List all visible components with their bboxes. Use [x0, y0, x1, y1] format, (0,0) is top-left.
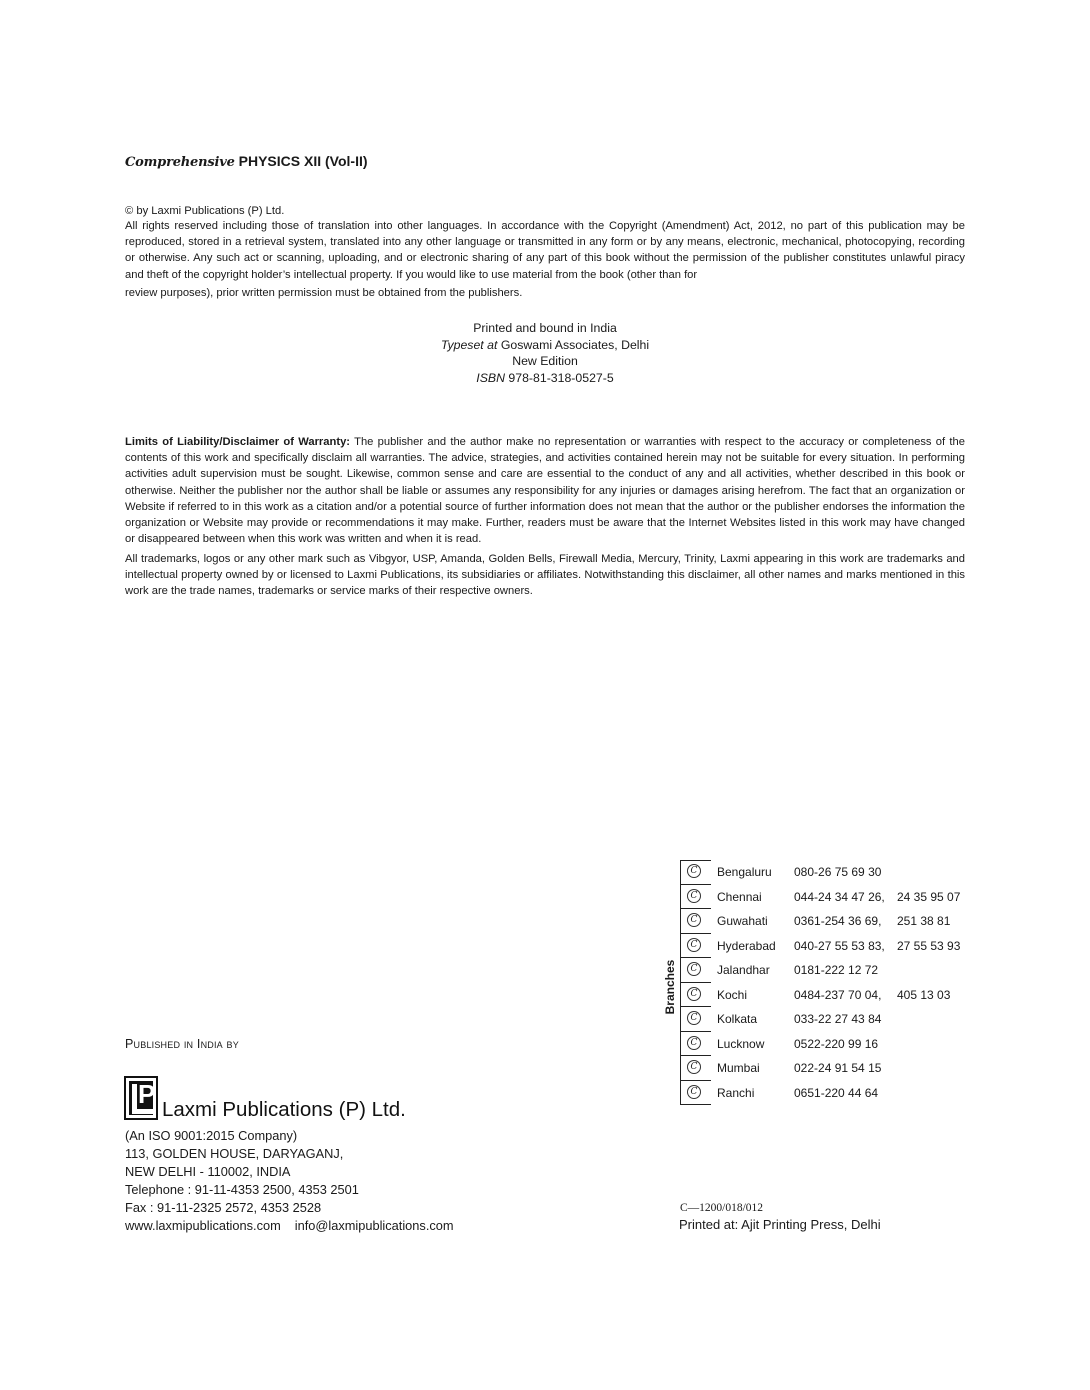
branch-phone-primary: 080-26 75 69 30 [794, 865, 881, 879]
publisher-logo-block: P Laxmi Publications (P) Ltd. [124, 1076, 406, 1120]
branch-city: Kochi [717, 988, 747, 1002]
branch-phone-secondary: 251 38 81 [897, 914, 950, 928]
disclaimer-paragraph: Limits of Liability/Disclaimer of Warran… [125, 434, 965, 547]
phone-icon: C [687, 913, 701, 927]
branch-phone-primary: 0484-237 70 04, [794, 988, 881, 1002]
branch-phone-secondary: 405 13 03 [897, 988, 950, 1002]
website-link[interactable]: www.laxmipublications.com [125, 1218, 281, 1233]
branch-city: Chennai [717, 890, 762, 904]
printed-at: Printed at: Ajit Printing Press, Delhi [679, 1217, 881, 1232]
branch-phone-primary: 022-24 91 54 15 [794, 1061, 881, 1075]
branch-row: CGuwahati0361-254 36 69,251 38 81 [681, 909, 981, 934]
phone-icon: C [687, 1085, 701, 1099]
lp-logo-icon: P [124, 1076, 158, 1120]
edition: New Edition [345, 353, 745, 370]
copyright-line: © by Laxmi Publications (P) Ltd. [125, 203, 284, 219]
phone-icon: C [687, 1036, 701, 1050]
isbn-value: 978-81-318-0527-5 [508, 371, 613, 385]
iso-line: (An ISO 9001:2015 Company) [125, 1127, 454, 1145]
branch-phone-primary: 0651-220 44 64 [794, 1086, 878, 1100]
branch-phone-secondary: 27 55 53 93 [897, 939, 960, 953]
phone-icon: C [687, 938, 701, 952]
branch-row: CKochi0484-237 70 04,405 13 03 [681, 983, 981, 1008]
typeset-label: Typeset at [441, 338, 498, 352]
phone-icon: C [687, 987, 701, 1001]
branch-phone-primary: 0181-222 12 72 [794, 963, 878, 977]
imprint-block: Printed and bound in India Typeset at Go… [345, 320, 745, 386]
published-label: Published in India by [125, 1037, 239, 1051]
print-code: C—1200/018/012 [680, 1202, 763, 1214]
branch-city: Lucknow [717, 1037, 764, 1051]
branch-phone-primary: 040-27 55 53 83, [794, 939, 885, 953]
phone-icon: C [687, 962, 701, 976]
branch-city: Bengaluru [717, 865, 772, 879]
branch-row: CChennai044-24 34 47 26,24 35 95 07 [681, 885, 981, 910]
book-title: ComprehensivePHYSICS XII (Vol-II) [125, 153, 368, 170]
branch-city: Ranchi [717, 1086, 754, 1100]
branch-city: Hyderabad [717, 939, 776, 953]
email-link[interactable]: info@laxmipublications.com [295, 1218, 454, 1233]
phone-icon: C [687, 864, 701, 878]
address-line2: NEW DELHI - 110002, INDIA [125, 1163, 454, 1181]
branch-phone-secondary: 24 35 95 07 [897, 890, 960, 904]
phone-icon: C [687, 1060, 701, 1074]
branch-city: Mumbai [717, 1061, 760, 1075]
typeset-line: Typeset at Goswami Associates, Delhi [345, 337, 745, 354]
branch-phone-primary: 0522-220 99 16 [794, 1037, 878, 1051]
branches-label: Branches [663, 957, 677, 1017]
trademarks-paragraph: All trademarks, logos or any other mark … [125, 551, 965, 600]
web-line: www.laxmipublications.cominfo@laxmipubli… [125, 1217, 454, 1235]
address-line1: 113, GOLDEN HOUSE, DARYAGANJ, [125, 1145, 454, 1163]
branch-row: CLucknow0522-220 99 16 [681, 1032, 981, 1057]
branch-phone-primary: 033-22 27 43 84 [794, 1012, 881, 1026]
phone-icon: C [687, 1011, 701, 1025]
rights-paragraph: All rights reserved including those of t… [125, 218, 965, 301]
branch-row: CJalandhar0181-222 12 72 [681, 958, 981, 983]
branches-table: CBengaluru080-26 75 69 30CChennai044-24 … [680, 860, 981, 1105]
branch-city: Guwahati [717, 914, 768, 928]
branch-city: Kolkata [717, 1012, 757, 1026]
publisher-address: (An ISO 9001:2015 Company) 113, GOLDEN H… [125, 1127, 454, 1235]
printed-bound: Printed and bound in India [345, 320, 745, 337]
publisher-name: Laxmi Publications (P) Ltd. [162, 1100, 406, 1120]
rights-last-line: review purposes), prior written permissi… [125, 285, 965, 301]
branch-phone-primary: 044-24 34 47 26, [794, 890, 885, 904]
branch-row: CRanchi0651-220 44 64 [681, 1081, 981, 1106]
typeset-value: Goswami Associates, Delhi [501, 338, 649, 352]
series-name: Comprehensive [125, 155, 235, 170]
fax-line: Fax : 91-11-2325 2572, 4353 2528 [125, 1199, 454, 1217]
branch-row: CHyderabad040-27 55 53 83,27 55 53 93 [681, 934, 981, 959]
phone-icon: C [687, 889, 701, 903]
rights-text: All rights reserved including those of t… [125, 220, 965, 281]
branch-phone-primary: 0361-254 36 69, [794, 914, 881, 928]
branch-row: CMumbai022-24 91 54 15 [681, 1056, 981, 1081]
branch-row: CBengaluru080-26 75 69 30 [681, 860, 981, 885]
isbn-line: ISBN 978-81-318-0527-5 [345, 370, 745, 387]
disclaimer-text: The publisher and the author make no rep… [125, 436, 965, 545]
disclaimer-heading: Limits of Liability/Disclaimer of Warran… [125, 436, 350, 448]
title-text: PHYSICS XII (Vol-II) [239, 153, 368, 169]
branch-city: Jalandhar [717, 963, 770, 977]
isbn-label: ISBN [476, 371, 505, 385]
branch-row: CKolkata033-22 27 43 84 [681, 1007, 981, 1032]
telephone-line: Telephone : 91-11-4353 2500, 4353 2501 [125, 1181, 454, 1199]
